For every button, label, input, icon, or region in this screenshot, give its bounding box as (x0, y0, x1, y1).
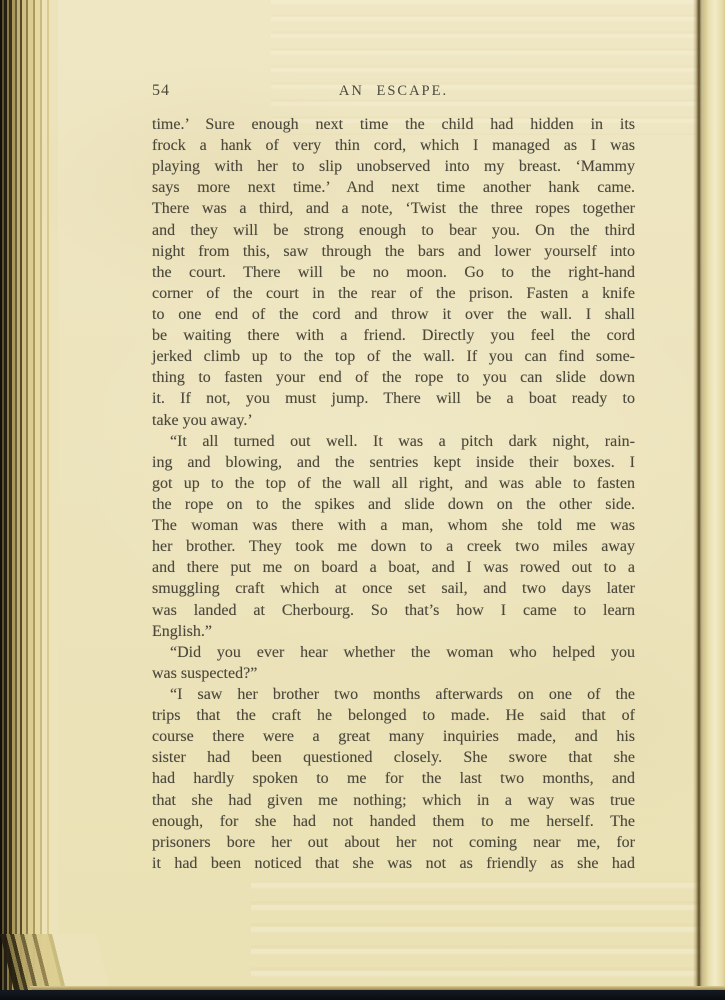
text-line: to one end of the cord and throw it over… (152, 304, 635, 325)
text-line: trips that the craft he belonged to made… (152, 705, 635, 726)
text-line: jerked climb up to the top of the wall. … (152, 346, 635, 367)
text-line: was landed at Cherbourg. So that’s how I… (152, 600, 635, 621)
text-line: enough, for she had not handed them to m… (152, 811, 635, 832)
text-line: prisoners bore her out about her not com… (152, 832, 635, 853)
text-line: take you away.’ (152, 410, 635, 431)
text-line: night from this, saw through the bars an… (152, 241, 635, 262)
text-line: that she had given me nothing; which in … (152, 790, 635, 811)
text-line: The woman was there with a man, whom she… (152, 515, 635, 536)
text-line: thing to fasten your end of the rope to … (152, 367, 635, 388)
text-line: corner of the court in the rear of the p… (152, 283, 635, 304)
text-line: says more next time.’ And next time anot… (152, 177, 635, 198)
text-line: it. If not, you must jump. There will be… (152, 388, 635, 409)
text-line: “Did you ever hear whether the woman who… (152, 642, 635, 663)
text-line: There was a third, and a note, ‘Twist th… (152, 198, 635, 219)
text-line: ing and blowing, and the sentries kept i… (152, 452, 635, 473)
text-line: “It all turned out well. It was a pitch … (152, 431, 635, 452)
next-page-edge (703, 0, 725, 994)
text-line: it had been noticed that she was not as … (152, 853, 635, 874)
text-line: had hardly spoken to me for the last two… (152, 768, 635, 789)
text-line: the court. There will be no moon. Go to … (152, 262, 635, 283)
page-body-text: time.’ Sure enough next time the child h… (152, 114, 635, 874)
text-line: frock a hank of very thin cord, which I … (152, 135, 635, 156)
text-line: her brother. They took me down to a cree… (152, 536, 635, 557)
text-line: “I saw her brother two months afterwards… (152, 684, 635, 705)
text-line: English.” (152, 621, 635, 642)
text-line: and they will be strong enough to bear y… (152, 220, 635, 241)
stacked-page-edges-bottom (251, 883, 701, 988)
desk-shadow (0, 990, 725, 1000)
book-binding (0, 0, 58, 992)
text-line: was suspected?” (152, 663, 635, 684)
text-line: the rope on to the spikes and slide down… (152, 494, 635, 515)
text-line: playing with her to slip unobserved into… (152, 156, 635, 177)
text-line: smuggling craft which at once set sail, … (152, 578, 635, 599)
text-line: course there were a great many inquiries… (152, 726, 635, 747)
book-scan: 54 AN ESCAPE. time.’ Sure enough next ti… (0, 0, 725, 1000)
text-line: and there put me on board a boat, and I … (152, 557, 635, 578)
text-line: be waiting there with a friend. Directly… (152, 325, 635, 346)
text-line: got up to the top of the wall all right,… (152, 473, 635, 494)
running-header: AN ESCAPE. (152, 83, 635, 100)
text-line: time.’ Sure enough next time the child h… (152, 114, 635, 135)
text-line: sister had been questioned closely. She … (152, 747, 635, 768)
book-binding-fanned-pages (0, 934, 110, 992)
